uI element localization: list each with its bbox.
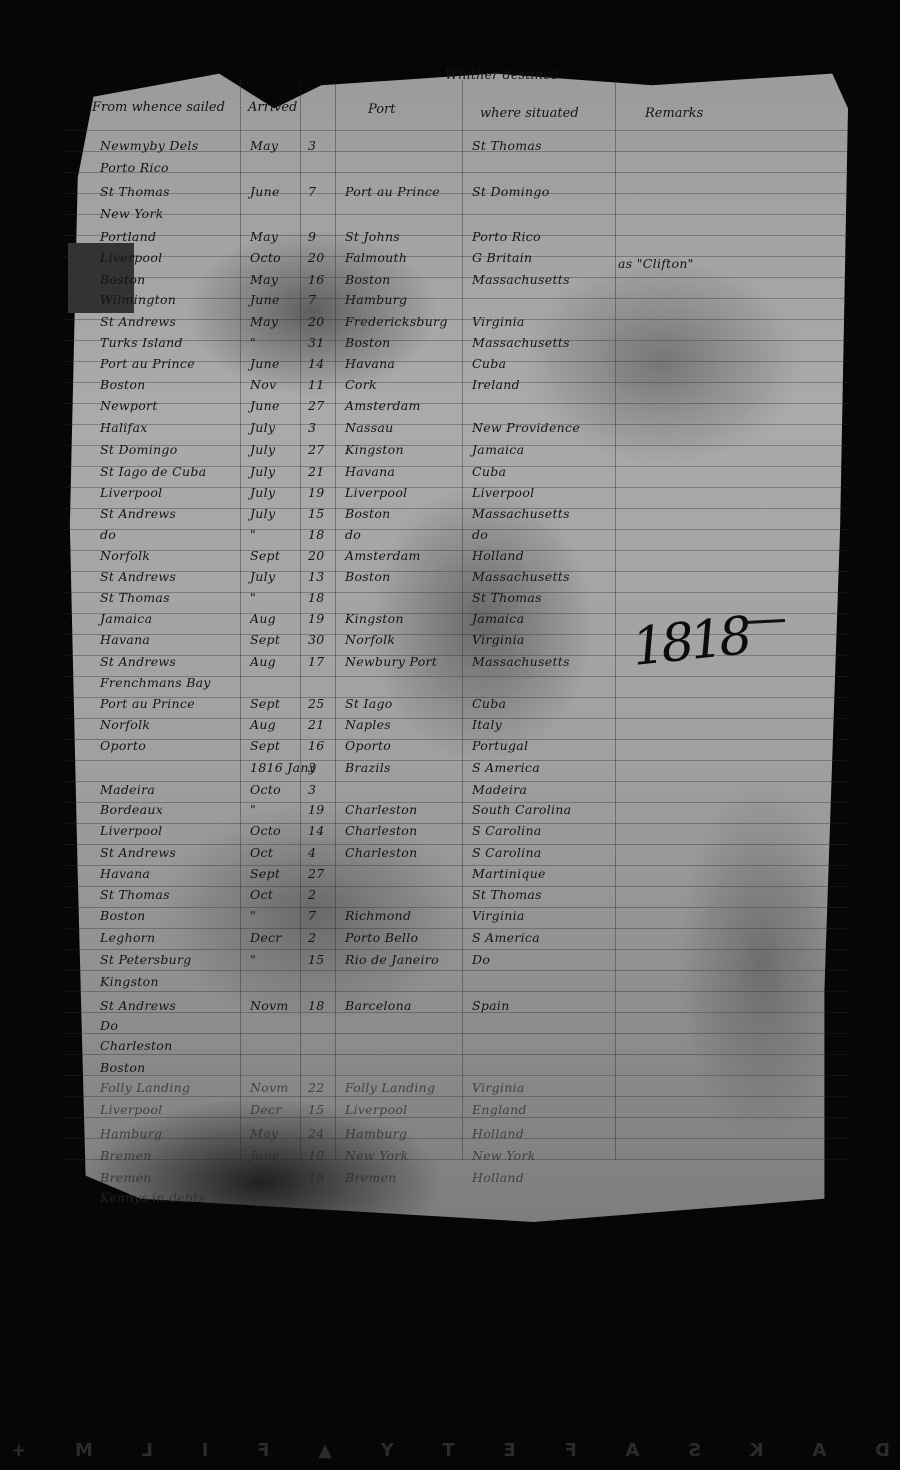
row-port: Bremen <box>345 1170 397 1185</box>
row-from-whence: Frenchmans Bay <box>100 675 211 690</box>
column-header-port: Port <box>368 102 396 117</box>
row-port: Hamburg <box>345 1126 407 1141</box>
row-from-whence: Porto Rico <box>100 160 169 175</box>
film-edge-char: L <box>141 1440 153 1464</box>
row-port: Oporto <box>345 738 391 753</box>
row-port: Folly Landing <box>345 1080 435 1095</box>
row-port: St Iago <box>345 696 393 711</box>
row-arrived-month: Aug <box>250 611 276 626</box>
row-port: Liverpool <box>345 1102 407 1117</box>
column-divider <box>300 80 301 1160</box>
row-from-whence: Havana <box>100 632 150 647</box>
row-where-situated: S America <box>472 760 540 775</box>
row-arrived-month: Decr <box>250 930 282 945</box>
row-from-whence: Norfolk <box>100 548 150 563</box>
row-port: Kingston <box>345 611 404 626</box>
row-arrived-month: Nov <box>250 377 276 392</box>
row-arrived-day: 3 <box>308 760 316 775</box>
row-where-situated: Cuba <box>472 696 506 711</box>
row-from-whence: St Domingo <box>100 442 178 457</box>
row-where-situated: Madeira <box>472 782 527 797</box>
row-arrived-day: 16 <box>308 272 325 287</box>
row-arrived-month: 1816 Jany <box>250 760 316 775</box>
row-port: Charleston <box>345 802 417 817</box>
row-from-whence: Oporto <box>100 738 146 753</box>
row-arrived-day: 14 <box>308 356 325 371</box>
row-from-whence: Liverpool <box>100 250 162 265</box>
row-where-situated: England <box>472 1102 527 1117</box>
row-from-whence: Turks Island <box>100 335 183 350</box>
column-divider <box>462 80 463 1160</box>
row-arrived-day: 18 <box>308 998 325 1013</box>
row-port: Norfolk <box>345 632 395 647</box>
row-where-situated: South Carolina <box>472 802 571 817</box>
film-edge-char: + <box>10 1440 26 1464</box>
row-from-whence: St Andrews <box>100 314 176 329</box>
row-where-situated: St Domingo <box>472 184 550 199</box>
row-arrived-day: 21 <box>308 464 325 479</box>
row-from-whence: St Iago de Cuba <box>100 464 206 479</box>
film-edge-char: ▲ <box>317 1440 332 1464</box>
row-from-whence: Leghorn <box>100 930 155 945</box>
row-arrived-month: Octo <box>250 250 281 265</box>
row-from-whence: Madeira <box>100 782 155 797</box>
row-port: Liverpool <box>345 485 407 500</box>
film-edge-char: D <box>874 1440 890 1464</box>
row-arrived-day: 15 <box>308 1102 325 1117</box>
row-arrived-month: May <box>250 138 278 153</box>
row-where-situated: New Providence <box>472 420 580 435</box>
row-arrived-day: 20 <box>308 250 325 265</box>
row-arrived-month: July <box>250 442 275 457</box>
row-arrived-month: Oct <box>250 845 273 860</box>
row-from-whence: Port au Prince <box>100 356 195 371</box>
row-port: Kingston <box>345 442 404 457</box>
row-arrived-month: " <box>250 590 256 605</box>
row-port: do <box>345 527 361 542</box>
row-from-whence: Bremen <box>100 1148 152 1163</box>
row-arrived-month: May <box>250 229 278 244</box>
row-arrived-month: July <box>250 485 275 500</box>
row-arrived-day: 14 <box>308 823 325 838</box>
row-from-whence: Boston <box>100 1060 146 1075</box>
row-arrived-day: 17 <box>308 654 325 669</box>
row-where-situated: S America <box>472 930 540 945</box>
row-from-whence: Liverpool <box>100 823 162 838</box>
column-header-remarks: Remarks <box>645 106 703 121</box>
row-arrived-day: 2 <box>308 887 316 902</box>
column-header-where-situated: where situated <box>480 106 579 121</box>
film-edge-char: M <box>74 1440 93 1464</box>
row-where-situated: Cuba <box>472 464 506 479</box>
row-arrived-day: 19 <box>308 485 325 500</box>
row-arrived-day: 27 <box>308 398 325 413</box>
row-port: Newbury Port <box>345 654 437 669</box>
row-arrived-month: " <box>250 908 256 923</box>
row-where-situated: Jamaica <box>472 442 524 457</box>
row-arrived-month: " <box>250 802 256 817</box>
film-edge-text: DAKSAFETY▲FILM+ <box>0 1440 900 1464</box>
row-where-situated: Virginia <box>472 908 525 923</box>
row-from-whence: Liverpool <box>100 1102 162 1117</box>
column-divider <box>615 80 616 1160</box>
row-arrived-day: 20 <box>308 314 325 329</box>
row-arrived-month: June <box>250 292 280 307</box>
row-port: Rio de Janeiro <box>345 952 439 967</box>
column-divider <box>335 80 336 1160</box>
row-arrived-day: 25 <box>308 696 325 711</box>
row-port: Boston <box>345 335 391 350</box>
row-arrived-month: June <box>250 356 280 371</box>
row-from-whence: St Thomas <box>100 590 170 605</box>
row-from-whence: Folly Landing <box>100 1080 190 1095</box>
row-from-whence: Havana <box>100 866 150 881</box>
row-from-whence: Halifax <box>100 420 148 435</box>
row-port: Charleston <box>345 845 417 860</box>
row-arrived-month: July <box>250 569 275 584</box>
row-where-situated: Liverpool <box>472 485 534 500</box>
row-arrived-day: 20 <box>308 548 325 563</box>
row-arrived-day: 18 <box>308 527 325 542</box>
row-from-whence: Port au Prince <box>100 696 195 711</box>
row-from-whence: do <box>100 527 116 542</box>
row-port: Charleston <box>345 823 417 838</box>
row-where-situated: Martinique <box>472 866 546 881</box>
row-arrived-day: 11 <box>308 377 325 392</box>
row-where-situated: Holland <box>472 1170 524 1185</box>
row-port: Boston <box>345 272 391 287</box>
row-arrived-month: June <box>250 398 280 413</box>
row-port: Cork <box>345 377 377 392</box>
row-from-whence: Kingston <box>100 974 159 989</box>
row-arrived-day: 9 <box>308 229 316 244</box>
row-arrived-month: Octo <box>250 782 281 797</box>
row-where-situated: Massachusetts <box>472 272 570 287</box>
row-arrived-month: July <box>250 464 275 479</box>
row-arrived-day: 13 <box>308 569 325 584</box>
row-where-situated: do <box>472 527 488 542</box>
row-where-situated: Cuba <box>472 356 506 371</box>
film-edge-char: F <box>256 1440 269 1464</box>
film-edge-char: I <box>201 1440 209 1464</box>
row-arrived-day: 19 <box>308 802 325 817</box>
row-arrived-month: Sept <box>250 548 280 563</box>
row-where-situated: Porto Rico <box>472 229 541 244</box>
row-from-whence: St Andrews <box>100 569 176 584</box>
row-from-whence: Wilmington <box>100 292 176 307</box>
row-where-situated: Holland <box>472 548 524 563</box>
row-from-whence: Kennys in debts <box>100 1190 205 1205</box>
row-where-situated: Ireland <box>472 377 520 392</box>
row-arrived-day: 3 <box>308 782 316 797</box>
row-from-whence: Bremen <box>100 1170 152 1185</box>
film-edge-char: K <box>749 1440 764 1464</box>
film-edge-char: T <box>441 1440 454 1464</box>
row-arrived-day: 18 <box>308 590 325 605</box>
row-from-whence: Jamaica <box>100 611 152 626</box>
row-from-whence: Liverpool <box>100 485 162 500</box>
row-from-whence: Portland <box>100 229 156 244</box>
row-arrived-month: Nov <box>250 1170 276 1185</box>
row-arrived-day: 15 <box>308 952 325 967</box>
row-arrived-day: 21 <box>308 717 325 732</box>
row-where-situated: St Thomas <box>472 590 542 605</box>
row-arrived-day: 10 <box>308 1148 325 1163</box>
row-port: Amsterdam <box>345 398 421 413</box>
row-arrived-month: Decr <box>250 1102 282 1117</box>
row-where-situated: Portugal <box>472 738 528 753</box>
row-from-whence: Newmyby Dels <box>100 138 198 153</box>
row-port: Naples <box>345 717 391 732</box>
row-arrived-month: Sept <box>250 632 280 647</box>
film-edge-char: F <box>563 1440 576 1464</box>
row-arrived-month: May <box>250 1126 278 1141</box>
row-port: Hamburg <box>345 292 407 307</box>
row-from-whence: Bordeaux <box>100 802 163 817</box>
row-arrived-month: " <box>250 527 256 542</box>
column-divider <box>240 80 241 1160</box>
row-arrived-month: Aug <box>250 654 276 669</box>
row-from-whence: Hamburg <box>100 1126 162 1141</box>
row-arrived-month: July <box>250 420 275 435</box>
column-header-arrived: Arrived <box>248 100 297 115</box>
row-port: Havana <box>345 356 395 371</box>
row-where-situated: Do <box>472 952 490 967</box>
row-from-whence: Do <box>100 1018 118 1033</box>
row-where-situated: Virginia <box>472 632 525 647</box>
row-arrived-month: Novm <box>250 998 289 1013</box>
row-arrived-day: 4 <box>308 845 316 860</box>
film-edge-char: A <box>811 1440 826 1464</box>
row-arrived-day: 27 <box>308 866 325 881</box>
column-header-from-whence: From whence sailed <box>92 100 225 115</box>
film-edge-char: Y <box>380 1440 394 1464</box>
row-arrived-month: Novm <box>250 1080 289 1095</box>
row-arrived-day: 27 <box>308 442 325 457</box>
row-arrived-month: June <box>250 184 280 199</box>
row-arrived-month: Oct <box>250 887 273 902</box>
row-arrived-month: May <box>250 314 278 329</box>
row-arrived-day: 7 <box>308 184 316 199</box>
row-arrived-day: 7 <box>308 292 316 307</box>
row-where-situated: G Britain <box>472 250 532 265</box>
row-where-situated: S Carolina <box>472 845 542 860</box>
header-whither-destined: Whither destined <box>445 68 559 83</box>
row-arrived-month: Octo <box>250 823 281 838</box>
year-annotation: 1818 <box>629 606 751 678</box>
row-port: Fredericksburg <box>345 314 448 329</box>
row-arrived-month: July <box>250 506 275 521</box>
row-from-whence: St Andrews <box>100 506 176 521</box>
row-from-whence: Charleston <box>100 1038 172 1053</box>
row-where-situated: Jamaica <box>472 611 524 626</box>
row-arrived-month: Aug <box>250 717 276 732</box>
row-where-situated: Italy <box>472 717 502 732</box>
remark-note: as "Clifton" <box>618 256 694 271</box>
row-arrived-month: Sept <box>250 696 280 711</box>
row-port: Barcelona <box>345 998 412 1013</box>
row-arrived-month: " <box>250 335 256 350</box>
row-from-whence: St Andrews <box>100 998 176 1013</box>
row-arrived-day: 2 <box>308 930 316 945</box>
row-arrived-month: Sept <box>250 738 280 753</box>
row-port: Havana <box>345 464 395 479</box>
row-arrived-month: May <box>250 272 278 287</box>
row-where-situated: S Carolina <box>472 823 542 838</box>
film-edge-char: E <box>502 1440 515 1464</box>
row-port: Port au Prince <box>345 184 440 199</box>
row-where-situated: Massachusetts <box>472 506 570 521</box>
row-arrived-day: 16 <box>308 738 325 753</box>
row-where-situated: St Thomas <box>472 138 542 153</box>
row-port: New York <box>345 1148 409 1163</box>
row-from-whence: Boston <box>100 908 146 923</box>
row-from-whence: St Andrews <box>100 654 176 669</box>
row-port: Porto Bello <box>345 930 418 945</box>
row-arrived-month: June <box>250 1148 280 1163</box>
row-from-whence: St Petersburg <box>100 952 192 967</box>
row-where-situated: Massachusetts <box>472 335 570 350</box>
row-arrived-day: 7 <box>308 908 316 923</box>
row-where-situated: New York <box>472 1148 536 1163</box>
row-where-situated: Spain <box>472 998 510 1013</box>
row-from-whence: St Andrews <box>100 845 176 860</box>
film-edge-char: S <box>687 1440 701 1464</box>
row-arrived-day: 30 <box>308 632 325 647</box>
row-port: Boston <box>345 506 391 521</box>
row-from-whence: Norfolk <box>100 717 150 732</box>
row-where-situated: Holland <box>472 1126 524 1141</box>
row-port: Boston <box>345 569 391 584</box>
row-port: St Johns <box>345 229 400 244</box>
row-where-situated: St Thomas <box>472 887 542 902</box>
row-port: Richmond <box>345 908 411 923</box>
row-port: Brazils <box>345 760 391 775</box>
row-where-situated: Virginia <box>472 1080 525 1095</box>
row-port: Amsterdam <box>345 548 421 563</box>
row-arrived-day: 19 <box>308 611 325 626</box>
row-port: Nassau <box>345 420 394 435</box>
row-where-situated: Virginia <box>472 314 525 329</box>
row-arrived-day: 24 <box>308 1126 325 1141</box>
film-edge-char: A <box>624 1440 639 1464</box>
row-from-whence: New York <box>100 206 164 221</box>
row-arrived-day: 19 <box>308 1170 325 1185</box>
row-arrived-month: Sept <box>250 866 280 881</box>
row-arrived-day: 31 <box>308 335 325 350</box>
row-from-whence: Newport <box>100 398 158 413</box>
row-arrived-day: 15 <box>308 506 325 521</box>
row-arrived-day: 3 <box>308 420 316 435</box>
row-from-whence: St Thomas <box>100 184 170 199</box>
row-arrived-day: 3 <box>308 138 316 153</box>
row-from-whence: St Thomas <box>100 887 170 902</box>
row-arrived-day: 22 <box>308 1080 325 1095</box>
row-where-situated: Massachusetts <box>472 569 570 584</box>
row-where-situated: Massachusetts <box>472 654 570 669</box>
row-from-whence: Boston <box>100 377 146 392</box>
row-arrived-month: " <box>250 952 256 967</box>
row-port: Falmouth <box>345 250 407 265</box>
row-from-whence: Boston <box>100 272 146 287</box>
